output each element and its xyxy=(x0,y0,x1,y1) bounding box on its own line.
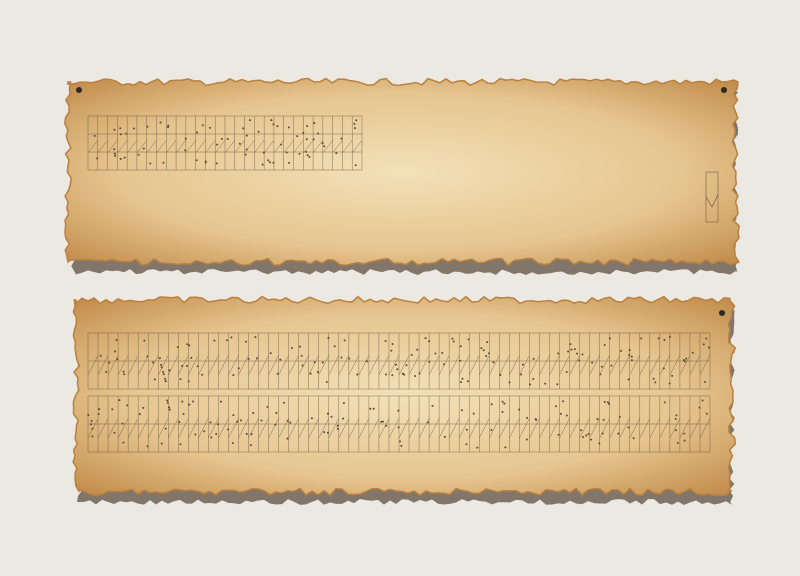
photo-scene xyxy=(0,0,800,576)
pin-hole xyxy=(719,310,725,316)
upper-scroll xyxy=(65,79,739,275)
pin-hole xyxy=(76,87,82,93)
lower-scroll xyxy=(73,297,735,505)
pin-hole xyxy=(721,87,727,93)
parchment xyxy=(65,79,739,266)
